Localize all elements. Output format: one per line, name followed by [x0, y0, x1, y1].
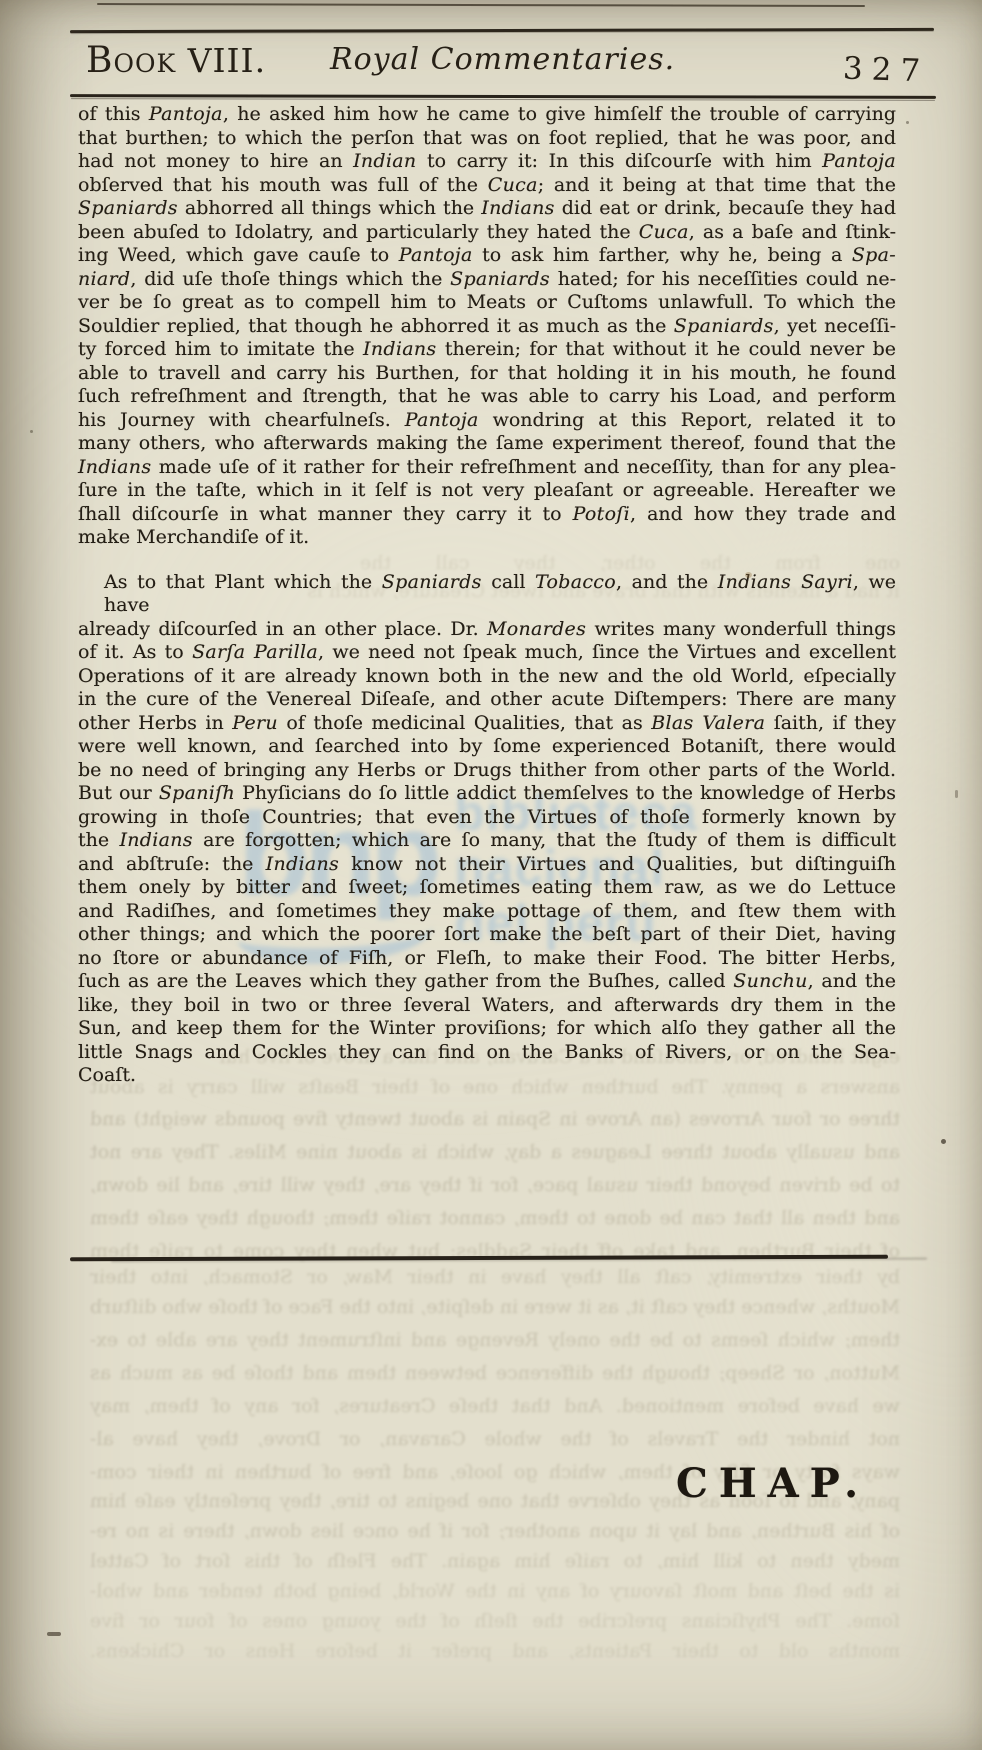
text-line: Sun, and keep them for the Winter proviſ…	[78, 1017, 896, 1041]
text-line: growing in thoſe Countries; that even th…	[78, 806, 896, 830]
text-line: and Radiſhes, and ſometimes they make po…	[78, 900, 896, 924]
text-line: other things; and which the poorer ſort …	[78, 923, 896, 947]
header-rule-top	[70, 28, 934, 33]
text-line: the Indians are forgotten; which are ſo …	[78, 829, 896, 853]
paragraph: of this Pantoja, he asked him how he cam…	[78, 103, 896, 550]
foxing-speck	[941, 1139, 946, 1144]
text-line: ty forced him to imitate the Indians the…	[78, 338, 896, 362]
showthrough-line: to be driven beyond their usual pace, fo…	[90, 1174, 900, 1197]
showthrough-line: is the beſt and moſt ſavoury of any in t…	[90, 1580, 900, 1603]
text-line: Indians made uſe of it rather for their …	[78, 456, 896, 480]
text-line: of this Pantoja, he asked him how he cam…	[78, 103, 896, 127]
text-line: like, they boil in two or three ſeveral …	[78, 994, 896, 1018]
text-line: ver be ſo great as to compell him to Mea…	[78, 291, 896, 315]
paragraph: As to that Plant which the Spaniards cal…	[78, 571, 896, 1088]
text-line: But our Spaniſh Phyſicians do ſo little …	[78, 782, 896, 806]
text-line: obſerved that his mouth was full of the …	[78, 174, 896, 198]
page-body-text: of this Pantoja, he asked him how he cam…	[78, 103, 896, 1109]
catchword: CHAP.	[676, 1460, 869, 1507]
showthrough-line: we have before mentioned. And that theſe…	[90, 1395, 900, 1418]
text-line: ſhall diſcourſe in what manner they carr…	[78, 503, 896, 527]
text-line: ing Weed, which gave cauſe to Pantoja to…	[78, 244, 896, 268]
text-line: Souldier replied, that though he abhorre…	[78, 315, 896, 339]
text-line: ſuch refreſhment and ſtrength, that he w…	[78, 385, 896, 409]
text-line: already diſcourſed in an other place. Dr…	[78, 618, 896, 642]
book-label: Book VIII.	[86, 40, 266, 81]
text-line: be no need of bringing any Herbs or Drug…	[78, 759, 896, 783]
foxing-speck	[906, 121, 909, 124]
showthrough-line: ſome. The Phyſicians preſcribe the fleſh…	[90, 1610, 900, 1633]
text-line: able to travell and carry his Burthen, f…	[78, 362, 896, 386]
foxing-speck	[745, 572, 752, 578]
book-numeral: VIII.	[188, 41, 266, 80]
text-line: Spaniards abhorred all things which the …	[78, 197, 896, 221]
header-rule-bottom	[70, 94, 936, 99]
top-edge-rule	[97, 3, 865, 7]
showthrough-line: and usually about three Leagues a day, w…	[90, 1141, 900, 1164]
text-line: his Journey with chearfulneſs. Pantoja w…	[78, 409, 896, 433]
text-line: and abſtruſe: the Indians know not their…	[78, 853, 896, 877]
text-line: Operations of it are already known both …	[78, 665, 896, 689]
showthrough-line: medy then to kill him, to raiſe him agai…	[90, 1550, 900, 1573]
text-line: in the cure of the Venereal Diſeaſe, and…	[78, 688, 896, 712]
running-title: Royal Commentaries.	[330, 42, 675, 77]
text-line: them onely by bitter and ſweet; ſometime…	[78, 876, 896, 900]
showthrough-line: of his Burthen, and lay it upon another;…	[90, 1520, 900, 1543]
text-line: that burthen; to which the perſon that w…	[78, 127, 896, 151]
text-line: Coaſt.	[78, 1064, 896, 1088]
text-line: As to that Plant which the Spaniards cal…	[78, 571, 896, 618]
book-label-initial: Book	[86, 40, 176, 81]
text-line: ſure in the taſte, which in it ſelf is n…	[78, 479, 896, 503]
text-line: make Merchandiſe of it.	[78, 526, 896, 550]
text-line: no ſtore or abundance of Fiſh, or Fleſh,…	[78, 947, 896, 971]
showthrough-line: months old to their Patients, and prefer…	[90, 1640, 900, 1663]
foxing-speck	[955, 790, 958, 798]
foxing-speck	[30, 430, 33, 433]
showthrough-line: three or four Arroves (an Arove in Spain…	[90, 1108, 900, 1131]
text-line: were well known, and ſearched into by ſo…	[78, 735, 896, 759]
showthrough-line: Mouths, whence they caſt it, as it were …	[90, 1296, 900, 1319]
showthrough-line: and then all that can be done to them, c…	[90, 1207, 900, 1230]
text-line: other Herbs in Peru of thoſe medicinal Q…	[78, 712, 896, 736]
margin-mark	[47, 1632, 61, 1636]
showthrough-line: Mutton, or Sheep; though the difference …	[90, 1362, 900, 1385]
text-line: little Snags and Cockles they can find o…	[78, 1041, 896, 1065]
text-line: many others, who afterwards making the ſ…	[78, 432, 896, 456]
text-line: of it. As to Sarſa Parilla, we need not …	[78, 641, 896, 665]
text-line: ſuch as are the Leaves which they gather…	[78, 970, 896, 994]
text-line: been abuſed to Idolatry, and particularl…	[78, 221, 896, 245]
page-number: 327	[842, 51, 929, 90]
showthrough-line: not hinder the Travels of the whole Cara…	[90, 1428, 900, 1451]
showthrough-line: them; which ſeems to be the onely Reveng…	[90, 1329, 900, 1352]
showthrough-line: by their extremity, caſt all they have i…	[90, 1266, 900, 1289]
text-line: niard, did uſe thoſe things which the Sp…	[78, 268, 896, 292]
text-line: had not money to hire an Indian to carry…	[78, 150, 896, 174]
